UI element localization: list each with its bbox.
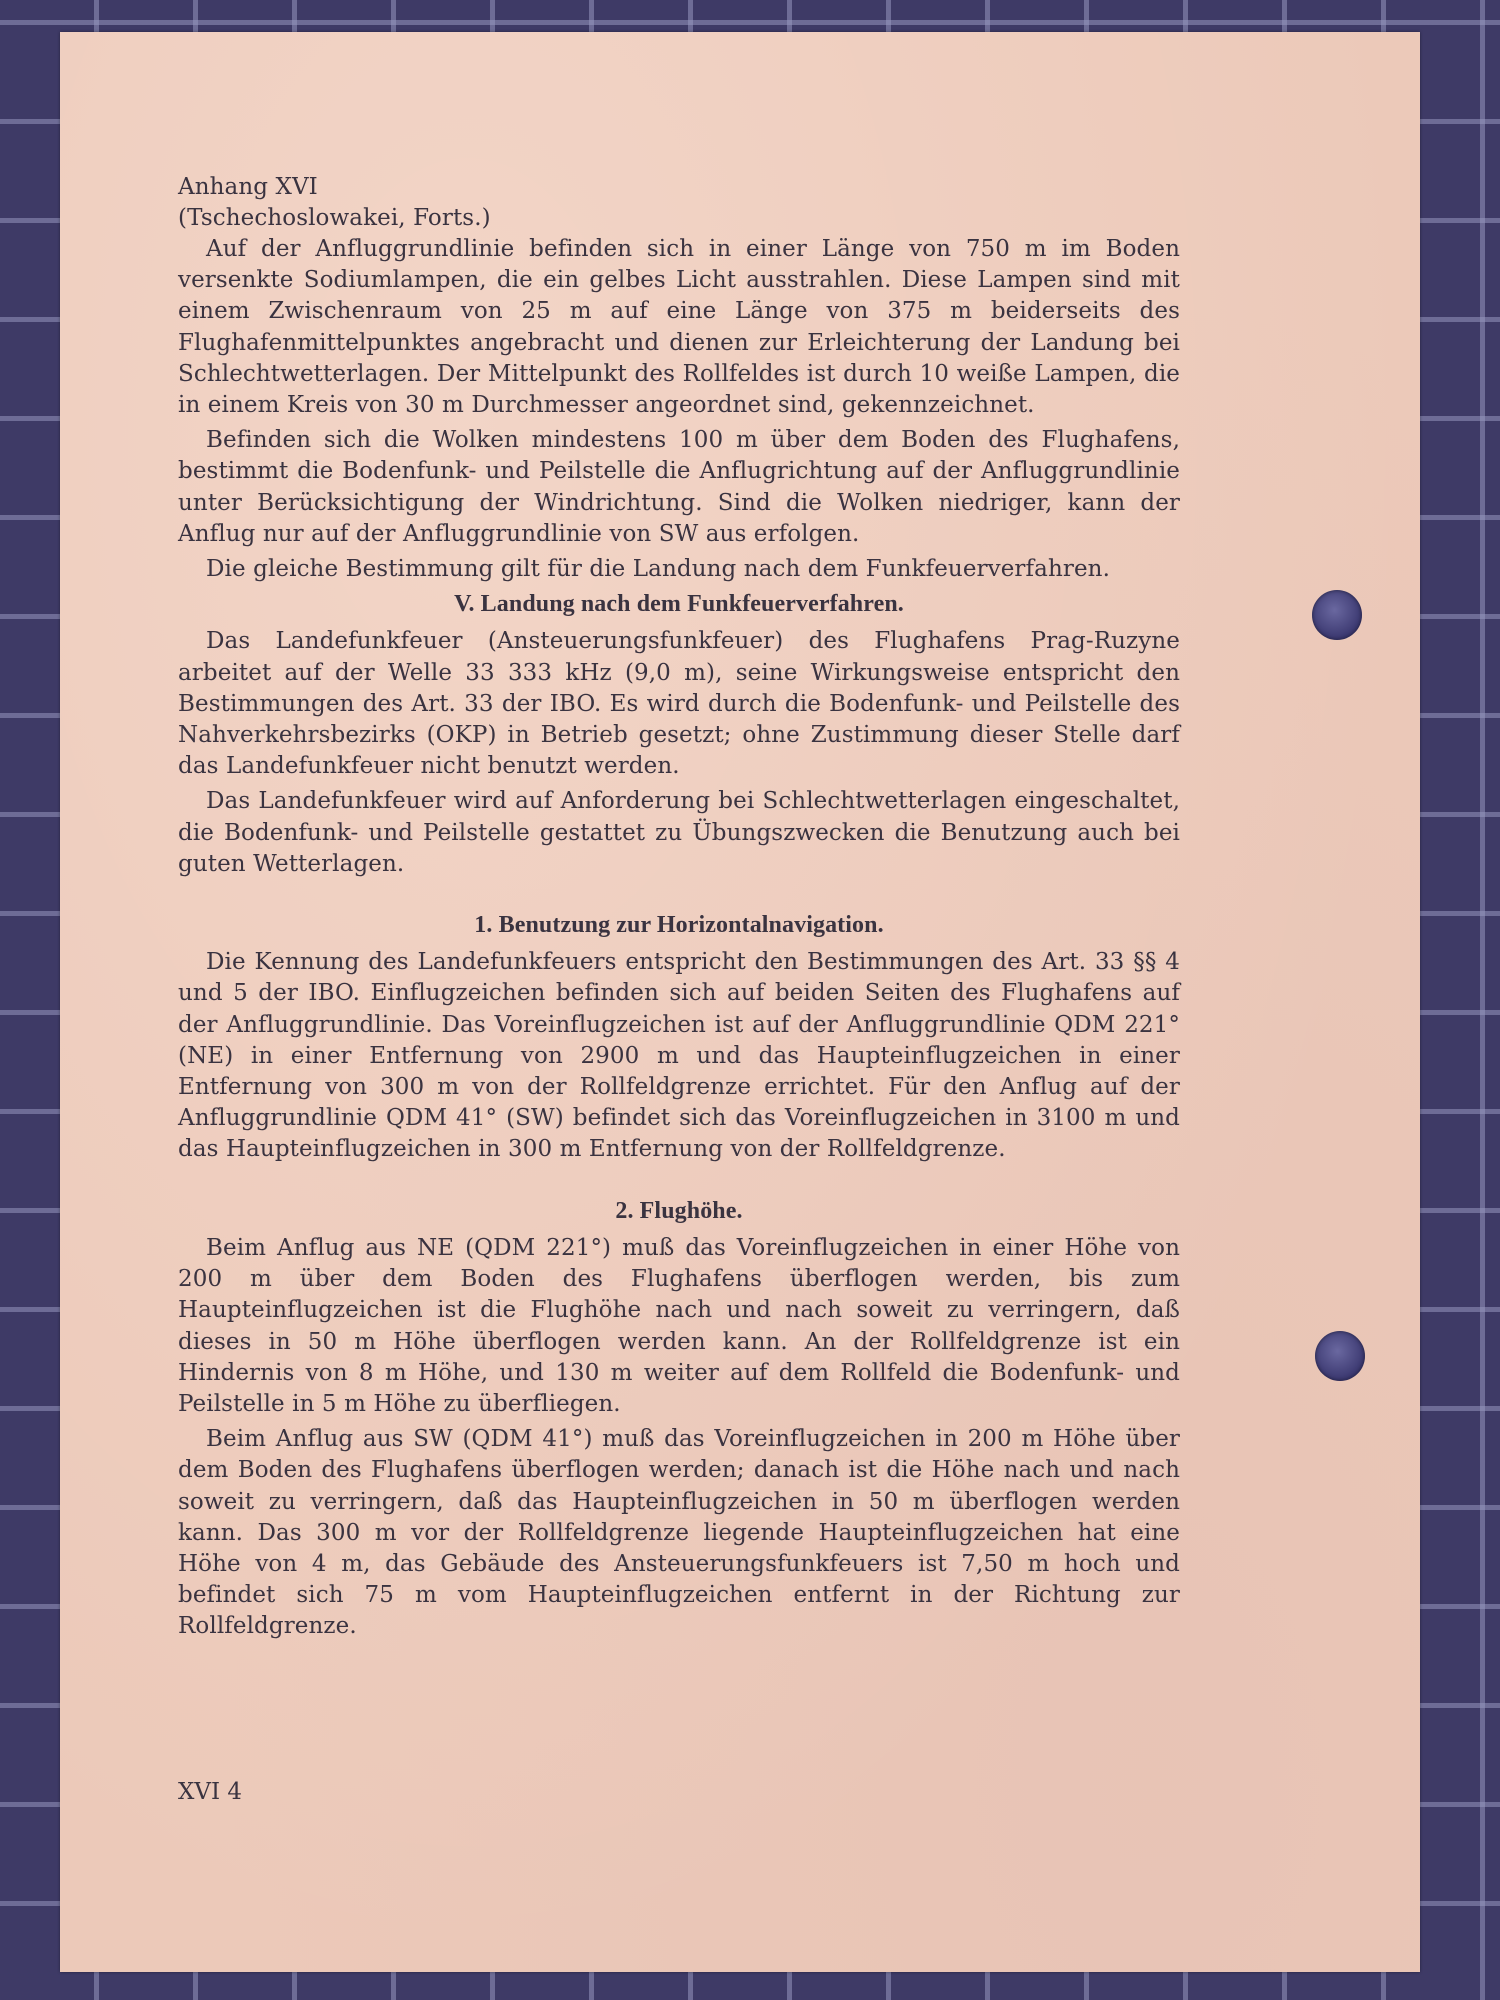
paragraph: Die Kennung des Landefunkfeuers entspric… [178, 947, 1180, 1165]
paragraph: Beim Anflug aus SW (QDM 41°) muß das Vor… [178, 1424, 1180, 1642]
appendix-subtitle: (Tschechoslowakei, Forts.) [178, 203, 1180, 234]
section-heading: 2. Flughöhe. [178, 1196, 1180, 1227]
paragraph: Auf der Anfluggrundlinie befinden sich i… [178, 234, 1180, 421]
paragraph: Befinden sich die Wolken mindestens 100 … [178, 425, 1180, 550]
document-body: Anhang XVI (Tschechoslowakei, Forts.) Au… [178, 172, 1180, 1643]
paragraph: Das Landefunkfeuer wird auf Anforderung … [178, 786, 1180, 880]
page-number: XVI 4 [178, 1779, 242, 1805]
punch-hole-icon [1315, 1331, 1365, 1381]
punch-hole-icon [1312, 590, 1362, 640]
paragraph: Beim Anflug aus NE (QDM 221°) muß das Vo… [178, 1233, 1180, 1420]
document-page: Anhang XVI (Tschechoslowakei, Forts.) Au… [60, 32, 1420, 1972]
paragraph: Das Landefunkfeuer (Ansteuerungsfunkfeue… [178, 626, 1180, 782]
section-heading: V. Landung nach dem Funkfeuerverfahren. [178, 589, 1180, 620]
paragraph: Die gleiche Bestimmung gilt für die Land… [178, 554, 1180, 585]
section-heading: 1. Benutzung zur Horizontalnavigation. [178, 910, 1180, 941]
appendix-title: Anhang XVI [178, 172, 1180, 203]
